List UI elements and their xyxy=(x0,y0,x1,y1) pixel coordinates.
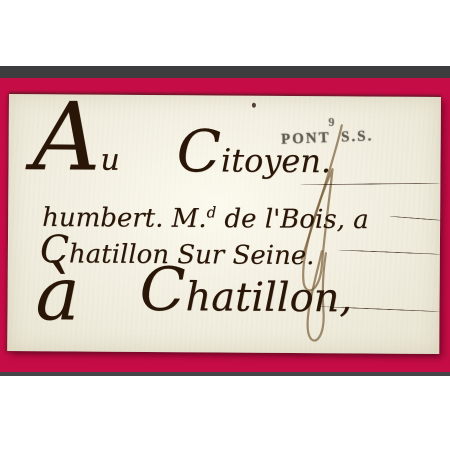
addressee-occupation: de l'Bois, a xyxy=(216,204,369,235)
quill-rule-stroke xyxy=(300,183,440,185)
destination-prefix: à xyxy=(35,254,80,334)
address-citoyen: Citoyen. xyxy=(176,115,331,197)
destination-town: Chatillon, xyxy=(139,259,352,329)
letter-photo: 9 PONT S.S. Au Citoyen. humbert. M.d de … xyxy=(0,0,450,450)
folded-letter: 9 PONT S.S. Au Citoyen. humbert. M.d de … xyxy=(7,94,441,354)
backdrop-top-edge xyxy=(0,66,450,78)
address-line-2: humbert. M.d de l'Bois, a xyxy=(42,194,369,237)
top-white-margin xyxy=(0,0,450,66)
bottom-white-margin xyxy=(0,376,450,450)
address-salutation: Au xyxy=(32,90,120,209)
ink-speck xyxy=(252,103,256,108)
quill-rule-stroke xyxy=(389,216,442,221)
addressee-title-superscript: d xyxy=(207,203,217,221)
